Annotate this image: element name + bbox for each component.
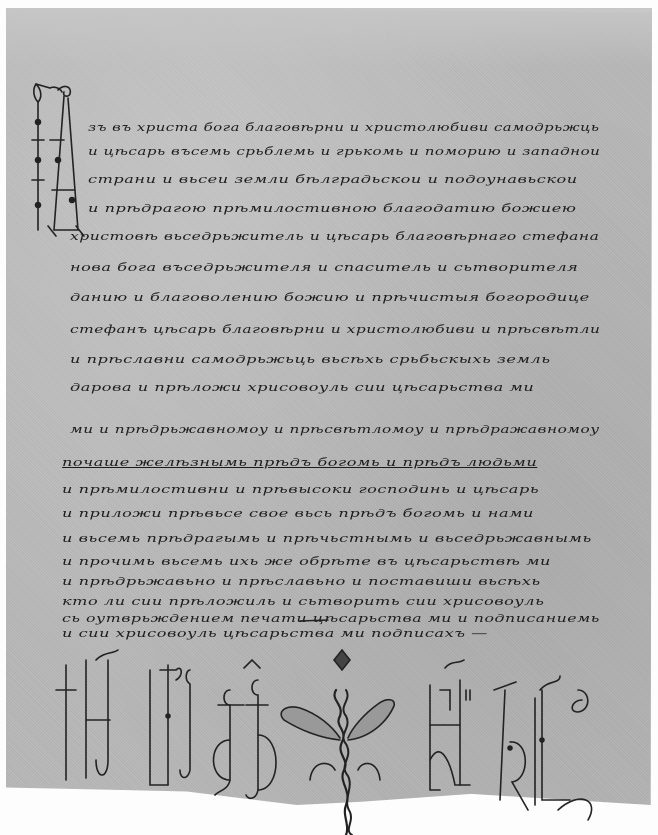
text-line: ми и прѣдрьжавномоу и прѣсвѣтломоу и прѣ…: [70, 422, 600, 436]
text-line: нова бога въседрьжителя и спаситель и сь…: [70, 260, 578, 274]
text-line: и прѣмилостивни и прѣвысоки господинь и …: [62, 482, 539, 496]
text-line: и вьсемь прѣдрагымь и прѣчьстнымь и вьсе…: [62, 531, 592, 545]
text-line: христовѣ вьседрьжитель и цѣсарь благовѣр…: [70, 229, 599, 243]
text-line: страни и вьсеи земли бѣлградьскои и подо…: [88, 172, 578, 186]
text-line: и прѣдрьжавьно и прѣславьно и поставиши …: [62, 574, 541, 588]
text-line: кто ли сии прѣложиль и сьтворить сии хри…: [62, 594, 544, 608]
text-line: стефанъ цѣсарь благовѣрни и христолюбиви…: [70, 322, 600, 336]
text-line: почаше желѣзнымь прѣдъ богомь и прѣдъ лю…: [62, 455, 537, 469]
text-line: дарова и прѣложи хрисовоуль сии цѣсарьст…: [70, 380, 534, 394]
text-line: и прочимь вьсемь ихь же обрѣте въ цѣсарь…: [62, 554, 551, 568]
text-line: зъ въ христа бога благовѣрни и христолюб…: [88, 120, 599, 134]
text-line: данию и благоволению божию и прѣчистыя б…: [70, 290, 590, 304]
text-line: и прѣдрагою прѣмилостивною благодатию бо…: [88, 201, 577, 215]
text-line: и цѣсарь въсемь срьблемь и грькомь и пом…: [88, 144, 600, 158]
text-line: и прѣславни самодрьжьць вьсѣхь срьбьскых…: [70, 352, 551, 366]
charter-text-body: зъ въ христа бога благовѣрни и христолюб…: [0, 0, 658, 835]
text-line: и сии хрисовоуль цѣсарьства ми подписахъ…: [62, 626, 488, 640]
text-line: и приложи прѣвьсе свое вьсь прѣдъ богомь…: [62, 506, 534, 520]
text-line: сь оутврьждением печати цѣсарьства ми и …: [62, 611, 600, 625]
